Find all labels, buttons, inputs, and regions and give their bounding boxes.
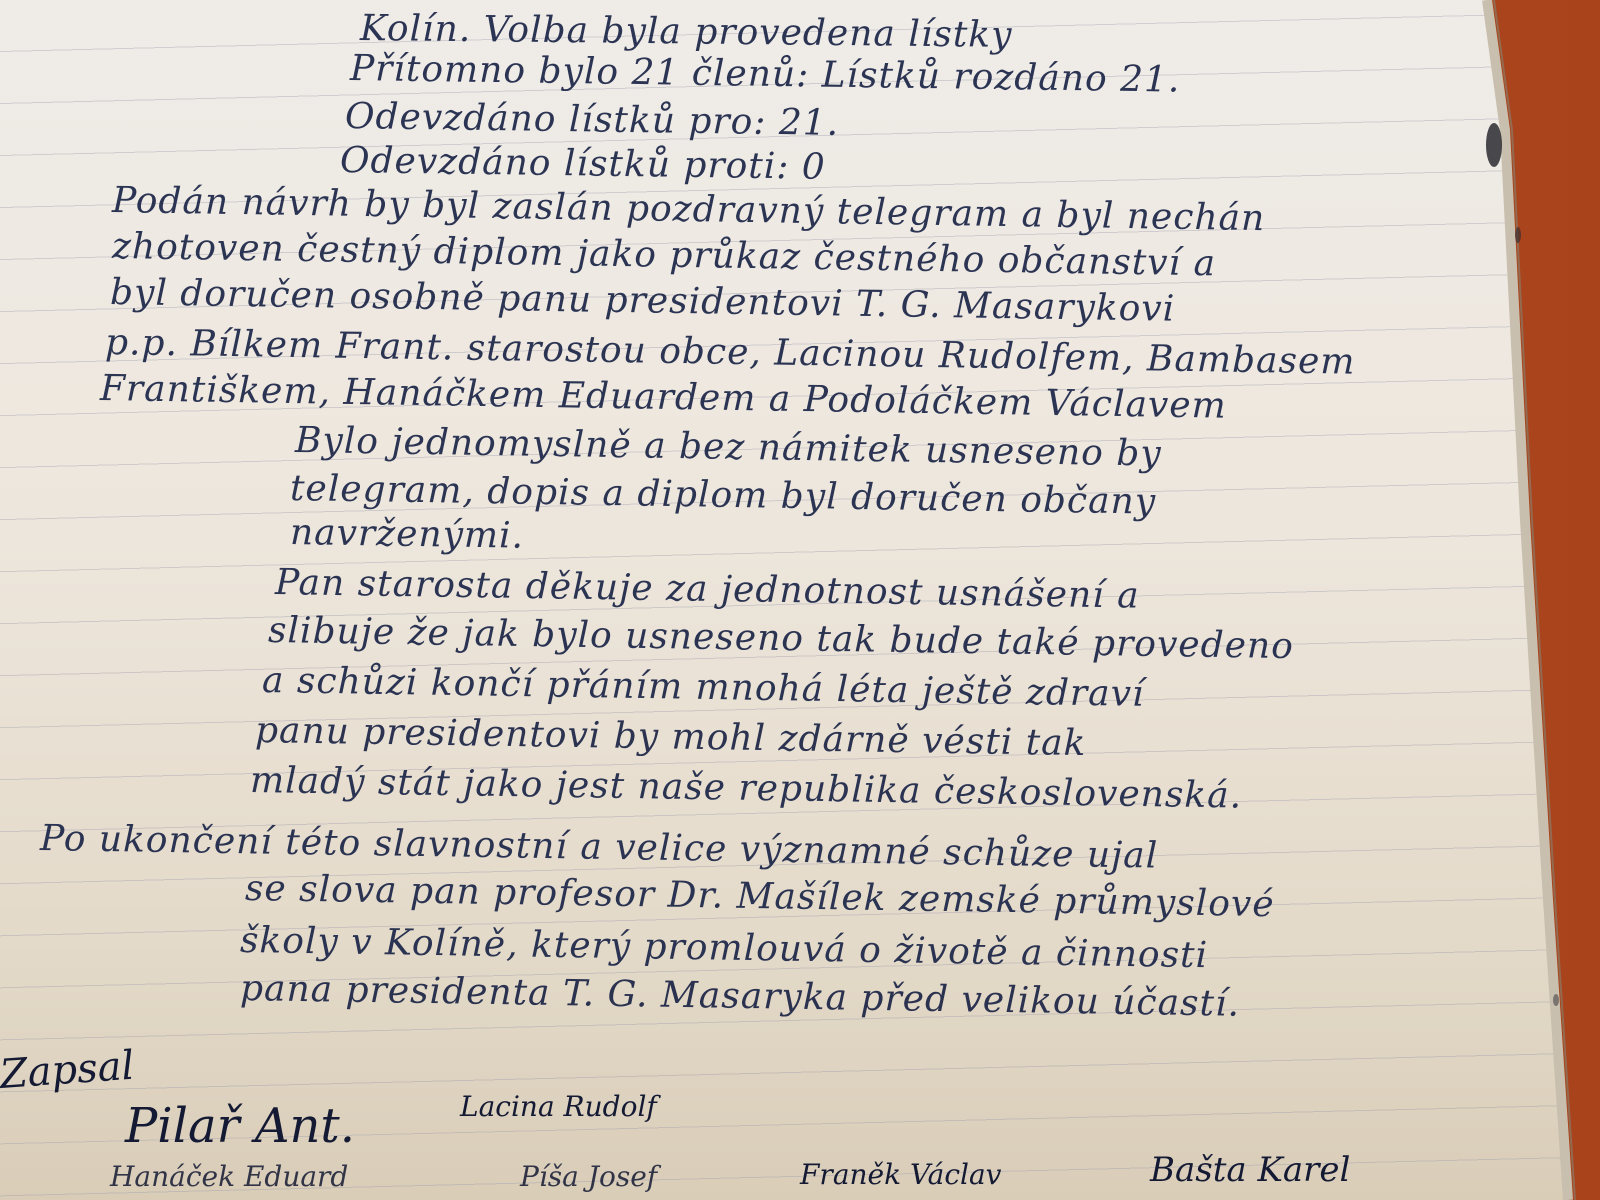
signature-6: Bašta Karel [1150,1150,1350,1190]
signature-1: Pilař Ant. [125,1098,355,1154]
signature-5: Franěk Václav [800,1158,1001,1191]
text-line-21: pana presidenta T. G. Masaryka před veli… [240,968,1241,1025]
text-line-13: Pan starosta děkuje za jednotnost usnáše… [275,562,1140,617]
text-line-18: Po ukončení této slavnostní a velice výz… [40,818,1159,877]
signature-3: Hanáček Eduard [110,1160,348,1193]
signature-4: Píša Josef [520,1160,657,1193]
text-line-10: Bylo jednomyslně a bez námitek usneseno … [295,420,1162,475]
ledger-page: Kolín. Volba byla provedena lístky Příto… [0,0,1600,1200]
text-line-3: Odevzdáno lístků pro: 21. [345,96,840,144]
text-line-12: navrženými. [290,512,525,557]
text-line-15: a schůzi končí přáním mnohá léta ještě z… [262,660,1145,715]
text-line-17: mladý stát jako jest naše republika česk… [250,760,1243,817]
text-line-20: školy v Kolíně, který promlouvá o životě… [240,920,1209,976]
recorder-label: Zapsal [0,1043,136,1098]
text-line-4: Odevzdáno lístků proti: 0 [340,140,826,188]
text-line-16: panu presidentovi by mohl zdárně vésti t… [255,710,1087,764]
text-line-2: Přítomno bylo 21 členů: Lístků rozdáno 2… [350,48,1181,101]
text-line-14: slibuje že jak bylo usneseno tak bude ta… [268,610,1294,667]
signature-2: Lacina Rudolf [460,1090,657,1123]
text-line-19: se slova pan profesor Dr. Mašílek zemské… [245,868,1275,925]
